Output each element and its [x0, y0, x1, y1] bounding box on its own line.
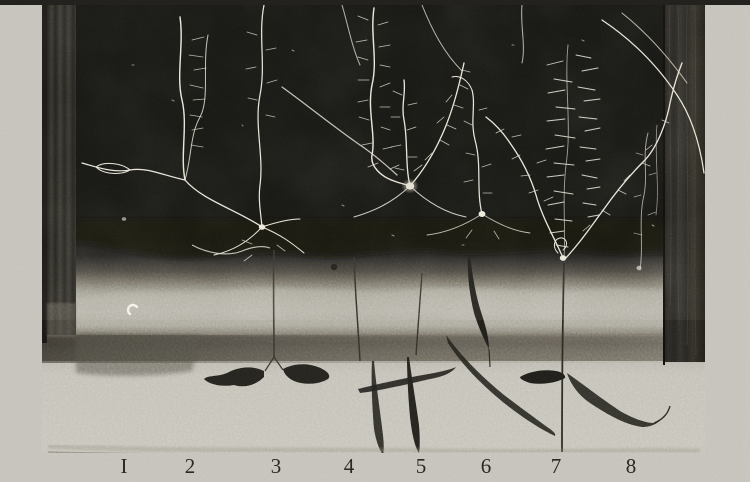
- specimen-number-1: I: [121, 454, 128, 478]
- specimen-number-3: 3: [271, 454, 282, 478]
- specimen-numbers: I2345678: [0, 454, 750, 480]
- scanned-plate-page: I2345678: [0, 0, 750, 482]
- specimen-number-4: 4: [344, 454, 355, 478]
- specimen-number-7: 7: [551, 454, 562, 478]
- photo-plate: [42, 5, 705, 453]
- fine-grain: [42, 5, 705, 453]
- specimen-number-2: 2: [185, 454, 196, 478]
- specimen-number-6: 6: [481, 454, 492, 478]
- root-photograph: [42, 5, 705, 453]
- specimen-number-8: 8: [626, 454, 637, 478]
- specimen-number-5: 5: [416, 454, 427, 478]
